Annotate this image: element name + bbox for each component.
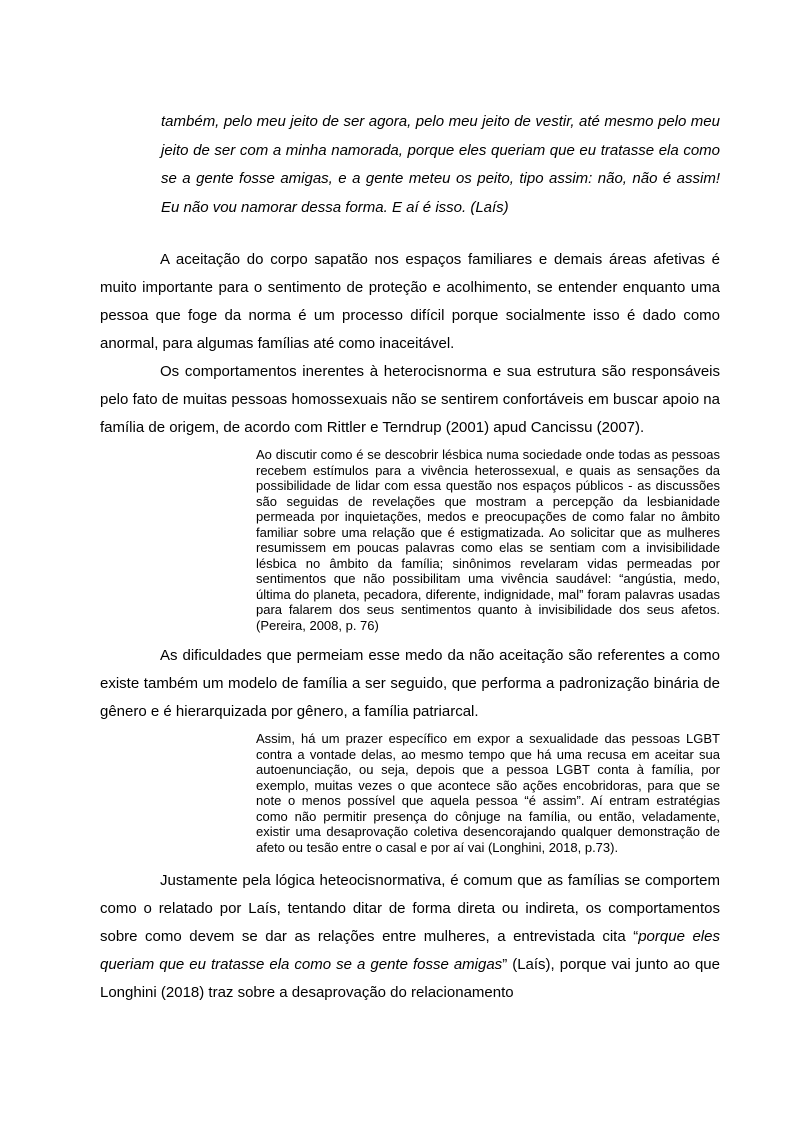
document-page: também, pelo meu jeito de ser agora, pel… — [0, 0, 800, 1131]
paragraph-final: Justamente pela lógica heteocisnormativa… — [100, 867, 720, 1007]
page-content: também, pelo meu jeito de ser agora, pel… — [0, 0, 800, 1007]
paragraph-acceptance: A aceitação do corpo sapatão nos espaços… — [100, 246, 720, 358]
paragraph-heterocisnorma: Os comportamentos inerentes à heterocisn… — [100, 358, 720, 442]
citation-pereira: Ao discutir como é se descobrir lésbica … — [256, 447, 720, 633]
interview-quote-lais: também, pelo meu jeito de ser agora, pel… — [161, 108, 720, 222]
final-paragraph-start: Justamente pela lógica heteocisnormativa… — [100, 872, 720, 945]
paragraph-difficulties: As dificuldades que permeiam esse medo d… — [100, 642, 720, 726]
citation-longhini: Assim, há um prazer específico em expor … — [256, 731, 720, 855]
